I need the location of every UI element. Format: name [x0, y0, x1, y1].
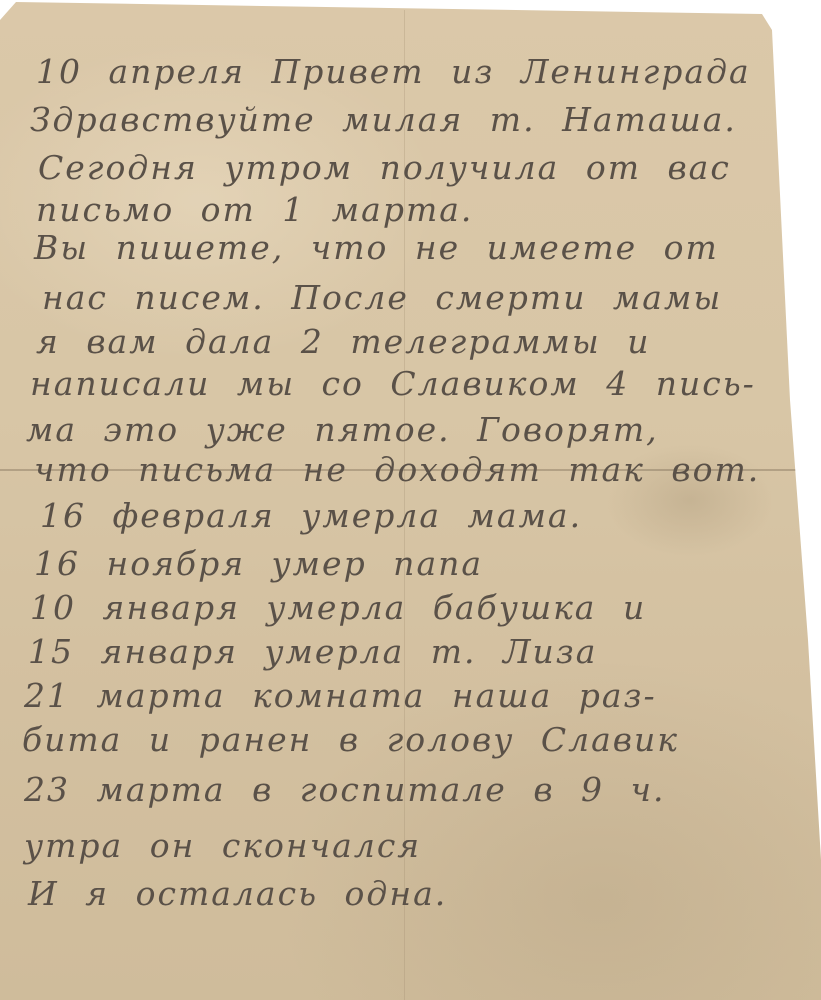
- letter-line-death-record: 16 ноября умер папа: [34, 544, 483, 583]
- letter-line: что письма не доходят так вот.: [34, 450, 760, 489]
- letter-line-death-record: 16 февраля умерла мама.: [40, 496, 582, 535]
- letter-line: ма это уже пятое. Говорят,: [26, 410, 659, 449]
- letter-line-death-record: 23 марта в госпитале в 9 ч.: [24, 770, 666, 809]
- handwritten-letter: 10 апреля Привет из Ленинграда Здравству…: [0, 0, 821, 1000]
- letter-line: написали мы со Славиком 4 пись-: [30, 364, 756, 403]
- letter-line: утра он скончался: [24, 826, 421, 865]
- letter-line-date-greeting: 10 апреля Привет из Ленинграда: [36, 52, 751, 91]
- letter-line: бита и ранен в голову Славик: [22, 720, 679, 759]
- letter-line: нас писем. После смерти мамы: [42, 278, 722, 317]
- letter-line-death-record: 15 января умерла т. Лиза: [28, 632, 597, 671]
- letter-line: я вам дала 2 телеграммы и: [36, 322, 651, 361]
- letter-line: Вы пишете, что не имеете от: [34, 228, 719, 267]
- letter-line-salutation: Здравствуйте милая т. Наташа.: [30, 100, 737, 139]
- letter-line: 21 марта комната наша раз-: [24, 676, 657, 715]
- letter-line: Сегодня утром получила от вас: [38, 148, 731, 187]
- letter-line: письмо от 1 марта.: [36, 190, 473, 229]
- letter-line-death-record: 10 января умерла бабушка и: [30, 588, 646, 627]
- letter-line-closing: И я осталась одна.: [28, 874, 447, 913]
